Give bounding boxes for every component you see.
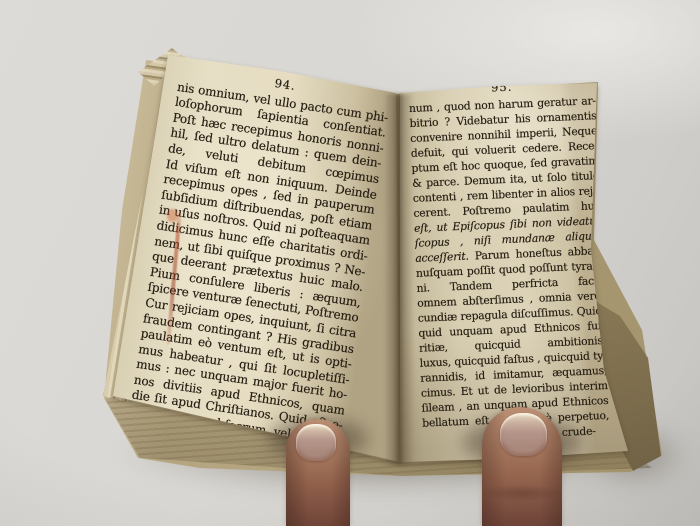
gutter-shadow xyxy=(384,94,414,464)
photo: 94. nis omnium, vel ullo pacto cum phi-l… xyxy=(0,0,700,526)
right-page-text: 95. num , quod non harum geratur ar-bitr… xyxy=(408,76,610,446)
fingernail-right xyxy=(500,413,547,456)
fingernail-left xyxy=(296,424,336,461)
right-page-text-lines: num , quod non harum geratur ar-bitrio ?… xyxy=(409,93,610,446)
